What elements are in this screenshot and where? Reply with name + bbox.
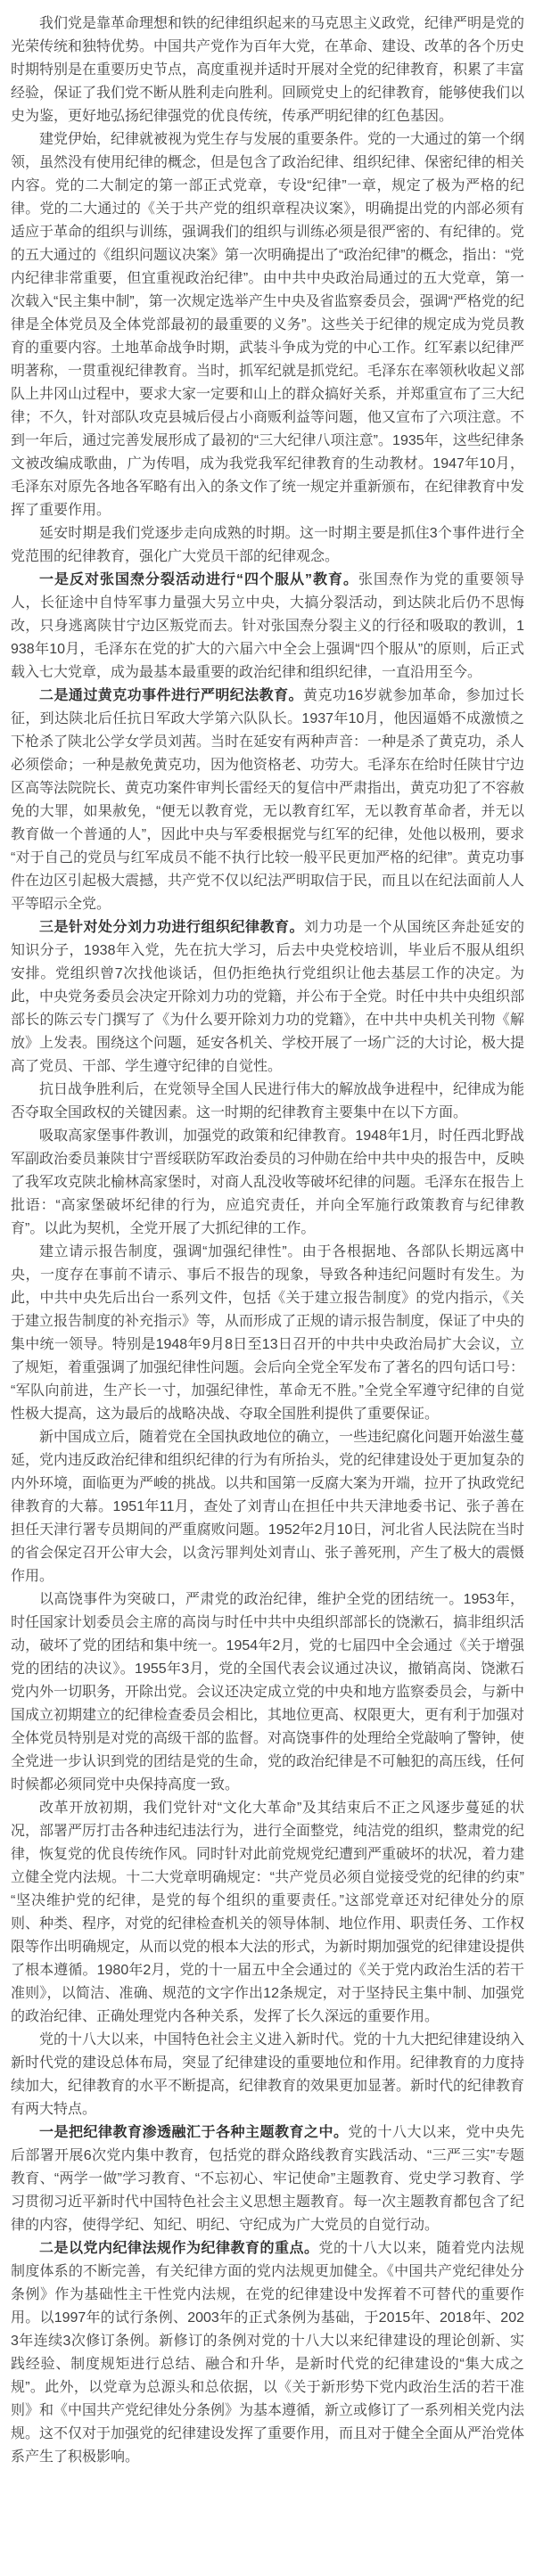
- paragraph-lead: 二是通过黄克功事件进行严明纪法教育。: [39, 688, 303, 703]
- paragraph: 我们党是靠革命理想和铁的纪律组织起来的马克思主义政党，纪律严明是党的光荣传统和独…: [11, 12, 524, 128]
- paragraph: 延安时期是我们党逐步走向成熟的时期。这一时期主要是抓住3个事件进行全党范围的纪律…: [11, 522, 524, 569]
- paragraph: 二是以党内纪律法规作为纪律教育的重点。党的十八大以来，随着党内法规制度体系的不断…: [11, 2237, 524, 2469]
- paragraph: 一是反对张国焘分裂活动进行“四个服从”教育。张国焘作为党的重要领导人，长征途中自…: [11, 569, 524, 685]
- paragraph: 党的十八大以来，中国特色社会主义进入新时代。党的十九大把纪律建设纳入新时代党的建…: [11, 2029, 524, 2121]
- paragraph: 建立请示报告制度，强调“加强纪律性”。由于各根据地、各部队长期远离中央，一度存在…: [11, 1241, 524, 1426]
- paragraph: 新中国成立后，随着党在全国执政地位的确立，一些违纪腐化问题开始滋生蔓延，党内违反…: [11, 1426, 524, 1588]
- paragraph: 改革开放初期，我们党针对“文化大革命”及其结束后不正之风逐步蔓延的状况，部署严厉…: [11, 1797, 524, 2029]
- paragraph: 抗日战争胜利后，在党领导全国人民进行伟大的解放战争进程中，纪律成为能否夺取全国政…: [11, 1079, 524, 1125]
- paragraph: 三是针对处分刘力功进行组织纪律教育。刘力功是一个从国统区奔赴延安的知识分子，19…: [11, 916, 524, 1079]
- paragraph-lead: 一是把纪律教育渗透融汇于各种主题教育之中。: [39, 2125, 348, 2140]
- paragraph: 二是通过黄克功事件进行严明纪法教育。黄克功16岁就参加革命，参加过长征，到达陕北…: [11, 685, 524, 916]
- paragraph-lead: 二是以党内纪律法规作为纪律教育的重点。: [39, 2241, 318, 2256]
- paragraph: 吸取高家堡事件教训，加强党的政策和纪律教育。1948年1月，时任西北野战军副政治…: [11, 1125, 524, 1241]
- paragraph: 以高饶事件为突破口，严肃党的政治纪律，维护全党的团结统一。1953年，时任国家计…: [11, 1588, 524, 1797]
- paragraph-lead: 一是反对张国焘分裂活动进行“四个服从”教育。: [39, 572, 358, 587]
- paragraph: 建党伊始，纪律就被视为党生存与发展的重要条件。党的一大通过的第一个纲领，虽然没有…: [11, 128, 524, 522]
- article-body: 我们党是靠革命理想和铁的纪律组织起来的马克思主义政党，纪律严明是党的光荣传统和独…: [0, 0, 535, 2576]
- paragraph: 一是把纪律教育渗透融汇于各种主题教育之中。党的十八大以来，党中央先后部署开展6次…: [11, 2121, 524, 2237]
- paragraph-lead: 三是针对处分刘力功进行组织纪律教育。: [39, 920, 304, 935]
